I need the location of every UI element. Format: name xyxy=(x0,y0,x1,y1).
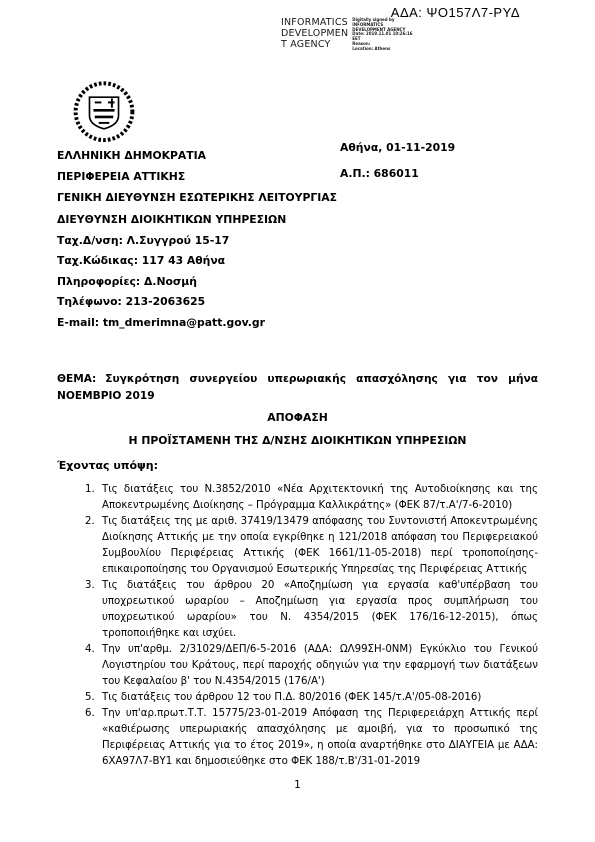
stamp-agency-name: INFORMATICS DEVELOPMEN T AGENCY xyxy=(281,17,348,52)
date-protocol-block: Αθήνα, 01-11-2019 Α.Π.: 686011 xyxy=(340,141,550,180)
decision-heading: ΑΠΟΦΑΣΗ xyxy=(57,411,538,424)
digital-signature-stamp: INFORMATICS DEVELOPMEN T AGENCY Digitall… xyxy=(281,17,413,52)
list-item: 3. Τις διατάξεις του άρθρου 20 «Αποζημίω… xyxy=(85,578,538,642)
postal-code: Ταχ.Κώδικας: 117 43 Αθήνα xyxy=(57,251,339,272)
general-directorate-title: ΓΕΝΙΚΗ ΔΙΕΥΘΥΝΣΗ ΕΣΩΤΕΡΙΚΗΣ ΛΕΙΤΟΥΡΓΙΑΣ xyxy=(57,189,339,207)
republic-title: ΕΛΛΗΝΙΚΗ ΔΗΜΟΚΡΑΤΙΑ xyxy=(57,146,339,167)
page-number: 1 xyxy=(57,779,538,791)
document-page: ΑΔΑ: ΨΟ157Λ7-ΡΥΔ INFORMATICS DEVELOPMEN … xyxy=(0,0,595,842)
directorate-title: ΔΙΕΥΘΥΝΣΗ ΔΙΟΙΚΗΤΙΚΩΝ ΥΠΗΡΕΣΙΩΝ xyxy=(57,210,339,231)
decision-authority-heading: Η ΠΡΟΪΣΤΑΜΕΝΗ ΤΗΣ Δ/ΝΣΗΣ ΔΙΟΙΚΗΤΙΚΩΝ ΥΠΗ… xyxy=(57,434,538,447)
city-and-date: Αθήνα, 01-11-2019 xyxy=(340,141,550,154)
email-address: E-mail: tm_dmerimna@patt.gov.gr xyxy=(57,313,339,334)
sender-header-block: ΕΛΛΗΝΙΚΗ ΔΗΜΟΚΡΑΤΙΑ ΠΕΡΙΦΕΡΕΙΑ ΑΤΤΙΚΗΣ Γ… xyxy=(57,146,339,333)
postal-address: Ταχ.Δ/νση: Λ.Συγγρού 15-17 xyxy=(57,231,339,252)
subject-text: Συγκρότηση συνεργείου υπερωριακής απασχό… xyxy=(57,373,538,402)
stamp-signature-details: Digitally signed by INFORMATICS DEVELOPM… xyxy=(352,17,412,52)
subject-label: ΘΕΜΑ: xyxy=(57,373,96,385)
contact-person: Πληροφορίες: Δ.Νοσμή xyxy=(57,272,339,293)
subject-paragraph: ΘΕΜΑ:Συγκρότηση συνεργείου υπερωριακής α… xyxy=(57,371,538,404)
region-title: ΠΕΡΙΦΕΡΕΙΑ ΑΤΤΙΚΗΣ xyxy=(57,167,339,188)
list-item: 2. Τις διατάξεις της με αριθ. 37419/1347… xyxy=(85,514,538,578)
list-item: 1. Τις διατάξεις του Ν.3852/2010 «Νέα Αρ… xyxy=(85,482,538,514)
hellenic-coat-of-arms-icon xyxy=(70,80,138,146)
protocol-number: Α.Π.: 686011 xyxy=(340,167,550,180)
legal-references-list: 1. Τις διατάξεις του Ν.3852/2010 «Νέα Αρ… xyxy=(85,482,538,770)
list-item: 5. Τις διατάξεις του άρθρου 12 του Π.Δ. … xyxy=(85,690,538,706)
having-regard-label: Έχοντας υπόψη: xyxy=(57,459,158,472)
ada-code: ΑΔΑ: ΨΟ157Λ7-ΡΥΔ xyxy=(0,5,520,20)
list-item: 4. Την υπ'αρθμ. 2/31029/ΔΕΠ/6-5-2016 (ΑΔ… xyxy=(85,642,538,690)
list-item: 6. Την υπ'αρ.πρωτ.Τ.Τ. 15775/23-01-2019 … xyxy=(85,706,538,770)
phone-number: Τηλέφωνο: 213-2063625 xyxy=(57,292,339,313)
